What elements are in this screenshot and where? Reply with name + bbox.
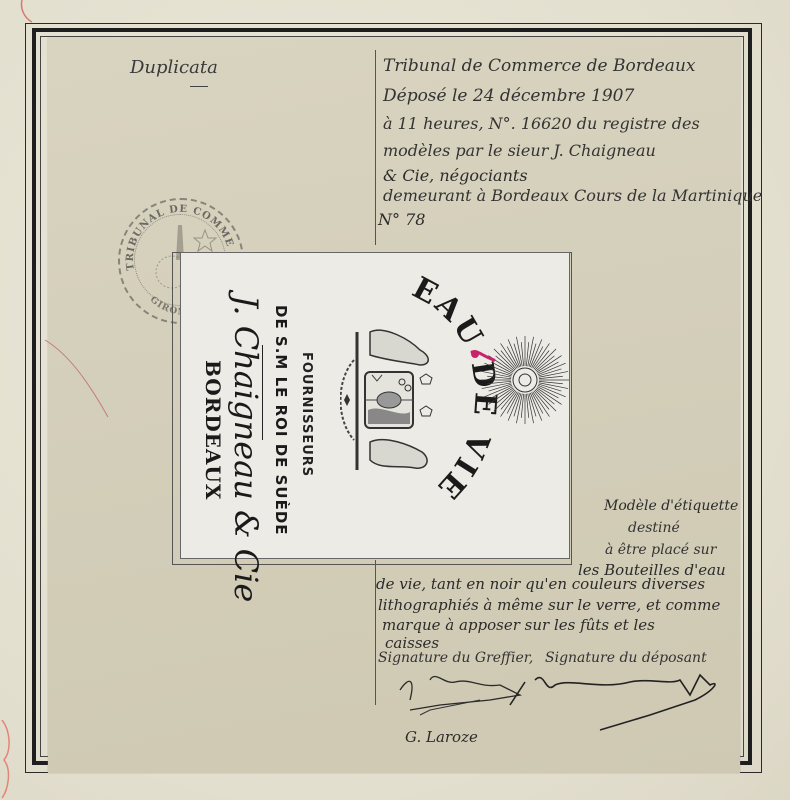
description-line-7: marque à apposer sur les fûts et les [382,616,655,634]
duplicata-underline [190,86,208,87]
red-pencil-stroke [40,335,120,425]
company-line: & Cie, négociants [383,166,528,185]
court-heading: Tribunal de Commerce de Bordeaux [383,56,695,76]
label-city: BORDEAUX [201,360,225,500]
clerk-name: G. Laroze [405,728,478,746]
address-number: N° 78 [378,210,425,229]
description-line-5: de vie, tant en noir qu'en couleurs dive… [376,575,705,593]
description-line-2: destiné [628,520,680,536]
label-company-name: J. Chaigneau & Cie [227,295,265,602]
duplicata-note: Duplicata [130,57,218,78]
red-pencil-mark-bottom [0,720,20,800]
deposit-date-line: Déposé le 24 décembre 1907 [383,86,634,106]
description-line-3: à être placé sur [605,542,716,558]
description-line-1: Modèle d'étiquette [604,498,738,514]
column-divider-top [375,50,376,245]
address-line: demeurant à Bordeaux Cours de la Martini… [383,186,762,205]
description-line-6: lithographiés à même sur le verre, et co… [378,596,720,614]
magenta-ink-mark [468,348,498,368]
deposit-by-line: modèles par le sieur J. Chaigneau [383,141,656,160]
label-supplier-line2: DE S.M LE ROI DE SUÈDE [272,305,290,536]
label-supplier-rule [262,345,263,440]
label-supplier-line1: FOURNISSEURS [299,352,314,477]
deposit-time-number-line: à 11 heures, N°. 16620 du registre des [383,114,700,133]
red-pencil-mark-top [8,0,38,30]
